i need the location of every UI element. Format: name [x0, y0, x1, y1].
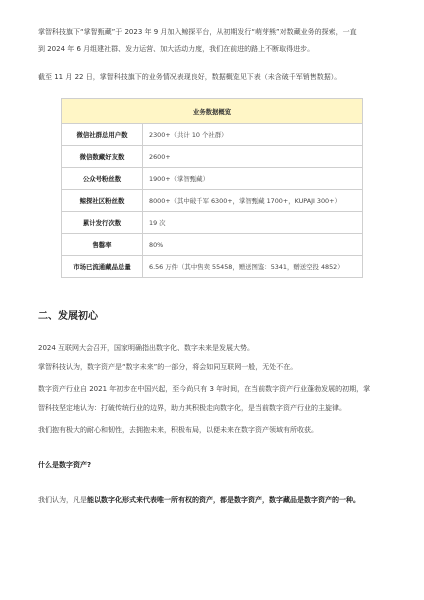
table-row: 微信社群总用户数2300+（共计 10 个社群）	[62, 124, 363, 146]
table-row: 售罄率80%	[62, 234, 363, 256]
intro-paragraph-line-1: 掌智科技旗下“掌智甄藏”于 2023 年 9 月加入鲸探平台，从初期发行“萌芽熊…	[38, 27, 357, 37]
table-row: 微信数藏好友数2600+	[62, 146, 363, 168]
table-row: 累计发行次数19 次	[62, 212, 363, 234]
table-row: 市场已流通藏品总量6.56 万件（其中售卖 55458，赠送图鉴：5341，赠送…	[62, 256, 363, 278]
intro-paragraph-line-2: 到 2024 年 6 月组建社群、发力运营、加大活动力度，我们在前进的路上不断取…	[38, 44, 314, 54]
table-row: 鲸探社区粉丝数8000+（其中破千军 6300+，掌智甄藏 1700+，KUPA…	[62, 190, 363, 212]
paragraph: 2024 互联网大会召开，国家明确指出数字化、数字未来是发展大势。	[38, 343, 254, 353]
definition-paragraph: 我们认为，凡是能以数字化形式来代表唯一所有权的资产，都是数字资产，数字藏品是数字…	[38, 495, 360, 505]
table-row: 公众号粉丝数1900+（掌智甄藏）	[62, 168, 363, 190]
paragraph: 智科技坚定地认为：打破传统行业的边界，助力其积极走向数字化，是当前数字资产行业的…	[38, 403, 346, 413]
business-data-table: 业务数据概览 微信社群总用户数2300+（共计 10 个社群） 微信数藏好友数2…	[61, 98, 363, 278]
paragraph: 掌智科技认为，数字资产是“数字未来”的一部分，将会如同互联网一般，无处不在。	[38, 362, 297, 372]
subheading-what-is-digital-asset: 什么是数字资产?	[38, 460, 91, 470]
paragraph: 我们抱有极大的耐心和韧性，去拥抱未来，积极布局，以便未来在数字资产领域有所收获。	[38, 425, 318, 435]
table-title: 业务数据概览	[62, 99, 363, 124]
paragraph: 数字资产行业自 2021 年初步在中国兴起，至今尚只有 3 年时间，在当前数字资…	[38, 384, 370, 394]
section-heading-development: 二、发展初心	[38, 307, 98, 322]
intro-paragraph-summary: 截至 11 月 22 日，掌智科技旗下的业务情况表现良好，数据概览见下表（未含破…	[38, 72, 341, 82]
definition-bold-text: 能以数字化形式来代表唯一所有权的资产，都是数字资产，数字藏品是数字资产的一种。	[87, 496, 360, 504]
